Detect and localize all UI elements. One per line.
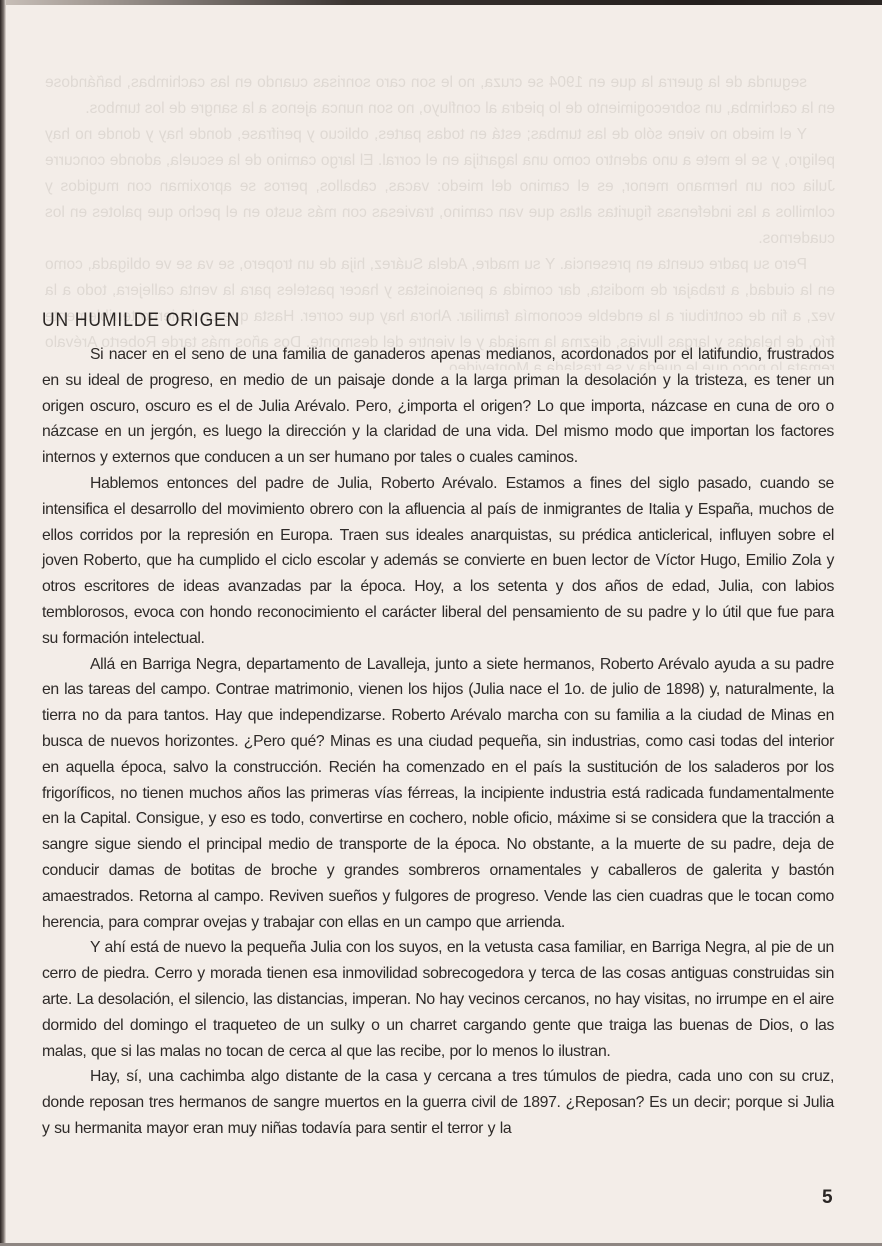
paragraph: Hay, sí, una cachimba algo distante de l…	[42, 1064, 834, 1141]
page-number: 5	[822, 1187, 833, 1209]
paragraph: Si nacer en el seno de una familia de ga…	[42, 342, 834, 471]
body-text: Si nacer en el seno de una familia de ga…	[42, 342, 834, 1142]
paragraph: Allá en Barriga Negra, departamento de L…	[42, 652, 834, 936]
section-title: UN HUMILDE ORIGEN	[42, 310, 771, 332]
page-top-edge-shadow	[0, 0, 882, 5]
page-content: UN HUMILDE ORIGEN Si nacer en el seno de…	[42, 310, 834, 1142]
paragraph: Hablemos entonces del padre de Julia, Ro…	[42, 471, 834, 652]
show-through-paragraph: segunda de la guerra la que en 1904 se c…	[45, 70, 835, 122]
paragraph: Y ahí está de nuevo la pequeña Julia con…	[42, 935, 834, 1064]
show-through-paragraph: Y el miedo no viene sólo de las tumbas; …	[45, 122, 835, 252]
page-left-edge-shadow	[0, 0, 6, 1246]
